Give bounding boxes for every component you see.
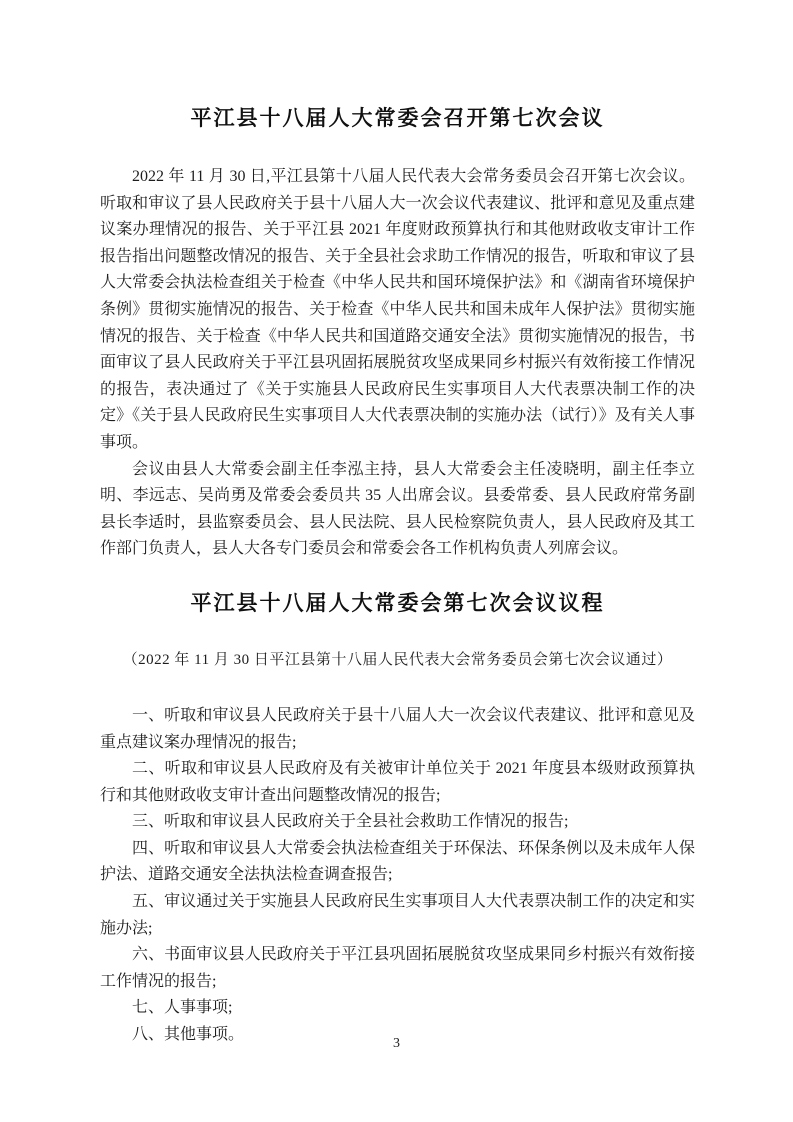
- agenda-item-6: 六、书面审议县人民政府关于平江县巩固拓展脱贫攻坚成果同乡村振兴有效衔接工作情况的…: [100, 942, 695, 995]
- agenda-item-5: 五、审议通过关于实施县人民政府民生实事项目人大代表票决制工作的决定和实施办法;: [100, 889, 695, 942]
- article-1-paragraph-1: 2022 年 11 月 30 日,平江县第十八届人民代表大会常务委员会召开第七次…: [100, 164, 695, 457]
- article-2-title: 平江县十八届人大常委会第七次会议议程: [100, 589, 695, 619]
- agenda-item-4: 四、听取和审议县人大常委会执法检查组关于环保法、环保条例以及未成年人保护法、道路…: [100, 836, 695, 889]
- agenda-item-7: 七、人事事项;: [100, 995, 695, 1022]
- document-page: 平江县十八届人大常委会召开第七次会议 2022 年 11 月 30 日,平江县第…: [0, 0, 793, 1122]
- article-2-subtitle: （2022 年 11 月 30 日平江县第十八届人民代表大会常务委员会第七次会议…: [100, 649, 695, 671]
- page-number: 3: [0, 1036, 793, 1052]
- agenda-item-1: 一、听取和审议县人民政府关于县十八届人大一次会议代表建议、批评和意见及重点建议案…: [100, 703, 695, 756]
- article-1-paragraph-2: 会议由县人大常委会副主任李泓主持，县人大常委会主任凌晓明，副主任李立明、李远志、…: [100, 457, 695, 563]
- article-1-title: 平江县十八届人大常委会召开第七次会议: [100, 104, 695, 134]
- document-content: 平江县十八届人大常委会召开第七次会议 2022 年 11 月 30 日,平江县第…: [100, 104, 695, 1049]
- agenda-item-2: 二、听取和审议县人民政府及有关被审计单位关于 2021 年度县本级财政预算执行和…: [100, 756, 695, 809]
- agenda-item-3: 三、听取和审议县人民政府关于全县社会救助工作情况的报告;: [100, 809, 695, 836]
